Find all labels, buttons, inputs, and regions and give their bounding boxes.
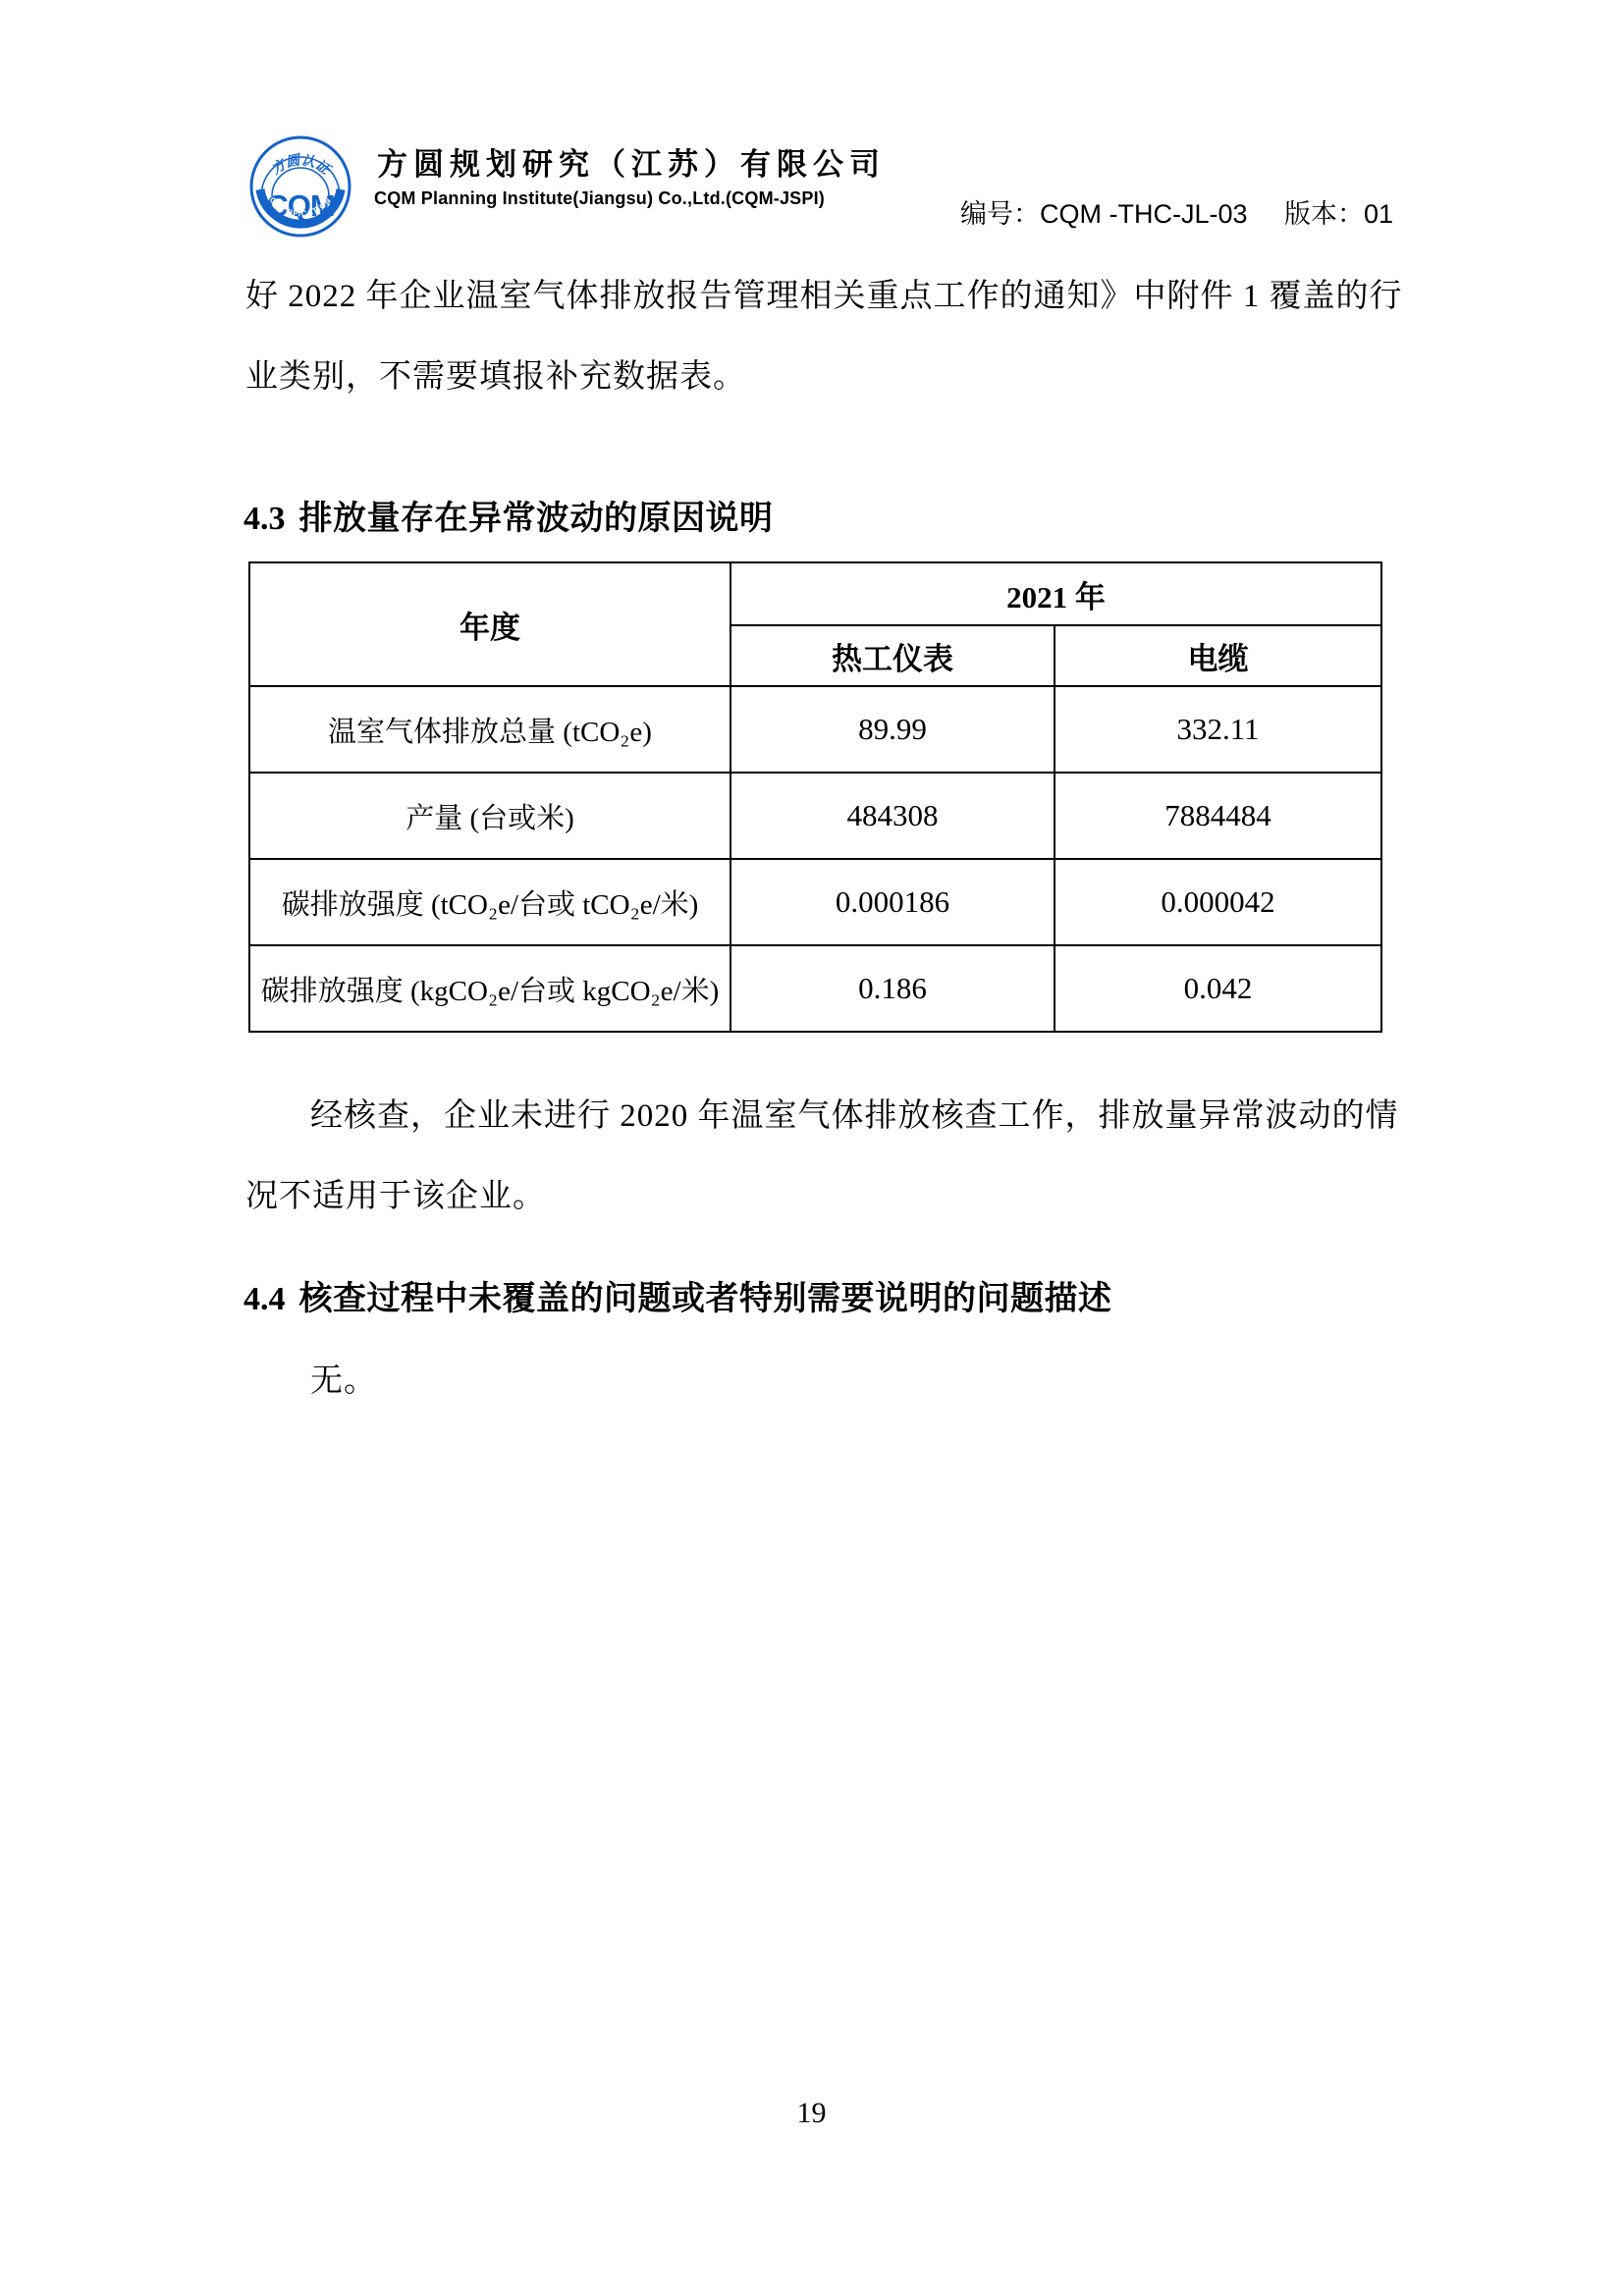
row-label-intensity-t: 碳排放强度 (tCO₂e/台或 tCO₂e/米) [249, 859, 730, 945]
table-row: 产量 (台或米) 484308 7884484 [249, 773, 1381, 859]
table-row: 碳排放强度 (kgCO₂e/台或 kgCO₂e/米) 0.186 0.042 [249, 945, 1381, 1032]
section-4-4-answer: 无。 [310, 1362, 377, 1402]
row-label-output: 产量 (台或米) [249, 773, 730, 859]
cell-value: 0.000042 [1055, 859, 1381, 945]
section-heading-4-4: 4.4核查过程中未覆盖的问题或者特别需要说明的问题描述 [243, 1271, 1112, 1319]
section-title-4-4: 核查过程中未覆盖的问题或者特别需要说明的问题描述 [299, 1280, 1112, 1317]
cell-value: 0.042 [1055, 945, 1381, 1032]
section-number-4-4: 4.4 [243, 1281, 286, 1317]
row-label-total-emissions: 温室气体排放总量 (tCO₂e) [249, 686, 730, 773]
cell-value: 484308 [730, 773, 1055, 859]
section-heading-4-3: 4.3排放量存在异常波动的原因说明 [243, 491, 774, 539]
document-number-line: 编号：CQM -THC-JL-03 版本：01 [960, 192, 1393, 231]
section-title-4-3: 排放量存在异常波动的原因说明 [299, 500, 774, 537]
cell-value: 0.186 [730, 945, 1055, 1032]
cell-value: 0.000186 [730, 859, 1055, 945]
document-number: 编号：CQM -THC-JL-03 [960, 199, 1248, 229]
table-year-group-header: 2021 年 [730, 562, 1381, 625]
row-label-intensity-kg: 碳排放强度 (kgCO₂e/台或 kgCO₂e/米) [249, 945, 730, 1032]
table-corner-header: 年度 [249, 562, 730, 686]
cell-value: 332.11 [1055, 686, 1381, 773]
cell-value: 7884484 [1055, 773, 1381, 859]
document-version: 版本：01 [1284, 199, 1393, 229]
cell-value: 89.99 [730, 686, 1055, 773]
table-row: 碳排放强度 (tCO₂e/台或 tCO₂e/米) 0.000186 0.0000… [249, 859, 1381, 945]
table-subheader-instruments: 热工仪表 [730, 625, 1055, 686]
page-number: 19 [0, 2097, 1623, 2130]
company-name-cn: 方圆规划研究（江苏）有限公司 [377, 139, 886, 184]
logo-top-arc-text: 方圆认证 [268, 151, 335, 179]
note-paragraph-line-1: 经核查，企业未进行 2020 年温室气体排放核查工作，排放量异常波动的情 [310, 1097, 1399, 1137]
section-number-4-3: 4.3 [243, 501, 286, 537]
company-name-en: CQM Planning Institute(Jiangsu) Co.,Ltd.… [374, 188, 825, 209]
note-paragraph-line-2: 况不适用于该企业。 [245, 1178, 546, 1217]
table-row: 温室气体排放总量 (tCO₂e) 89.99 332.11 [249, 686, 1381, 773]
table-subheader-cable: 电缆 [1055, 625, 1381, 686]
document-page: 方圆认证 CQM CERTIFICATION 方圆规划研究（江苏）有限公司 CQ… [0, 0, 1623, 2296]
intro-paragraph-line-2: 业类别，不需要填报补充数据表。 [245, 358, 746, 398]
cqm-logo-badge: 方圆认证 CQM CERTIFICATION [249, 135, 352, 238]
intro-paragraph-line-1: 好 2022 年企业温室气体排放报告管理相关重点工作的通知》中附件 1 覆盖的行 [245, 278, 1403, 317]
table-header-row-year-group: 年度 2021 年 [249, 562, 1381, 625]
svg-text:方圆认证: 方圆认证 [268, 151, 335, 179]
emissions-fluctuation-table: 年度 2021 年 热工仪表 电缆 温室气体排放总量 (tCO₂e) 89.99… [248, 561, 1382, 1033]
